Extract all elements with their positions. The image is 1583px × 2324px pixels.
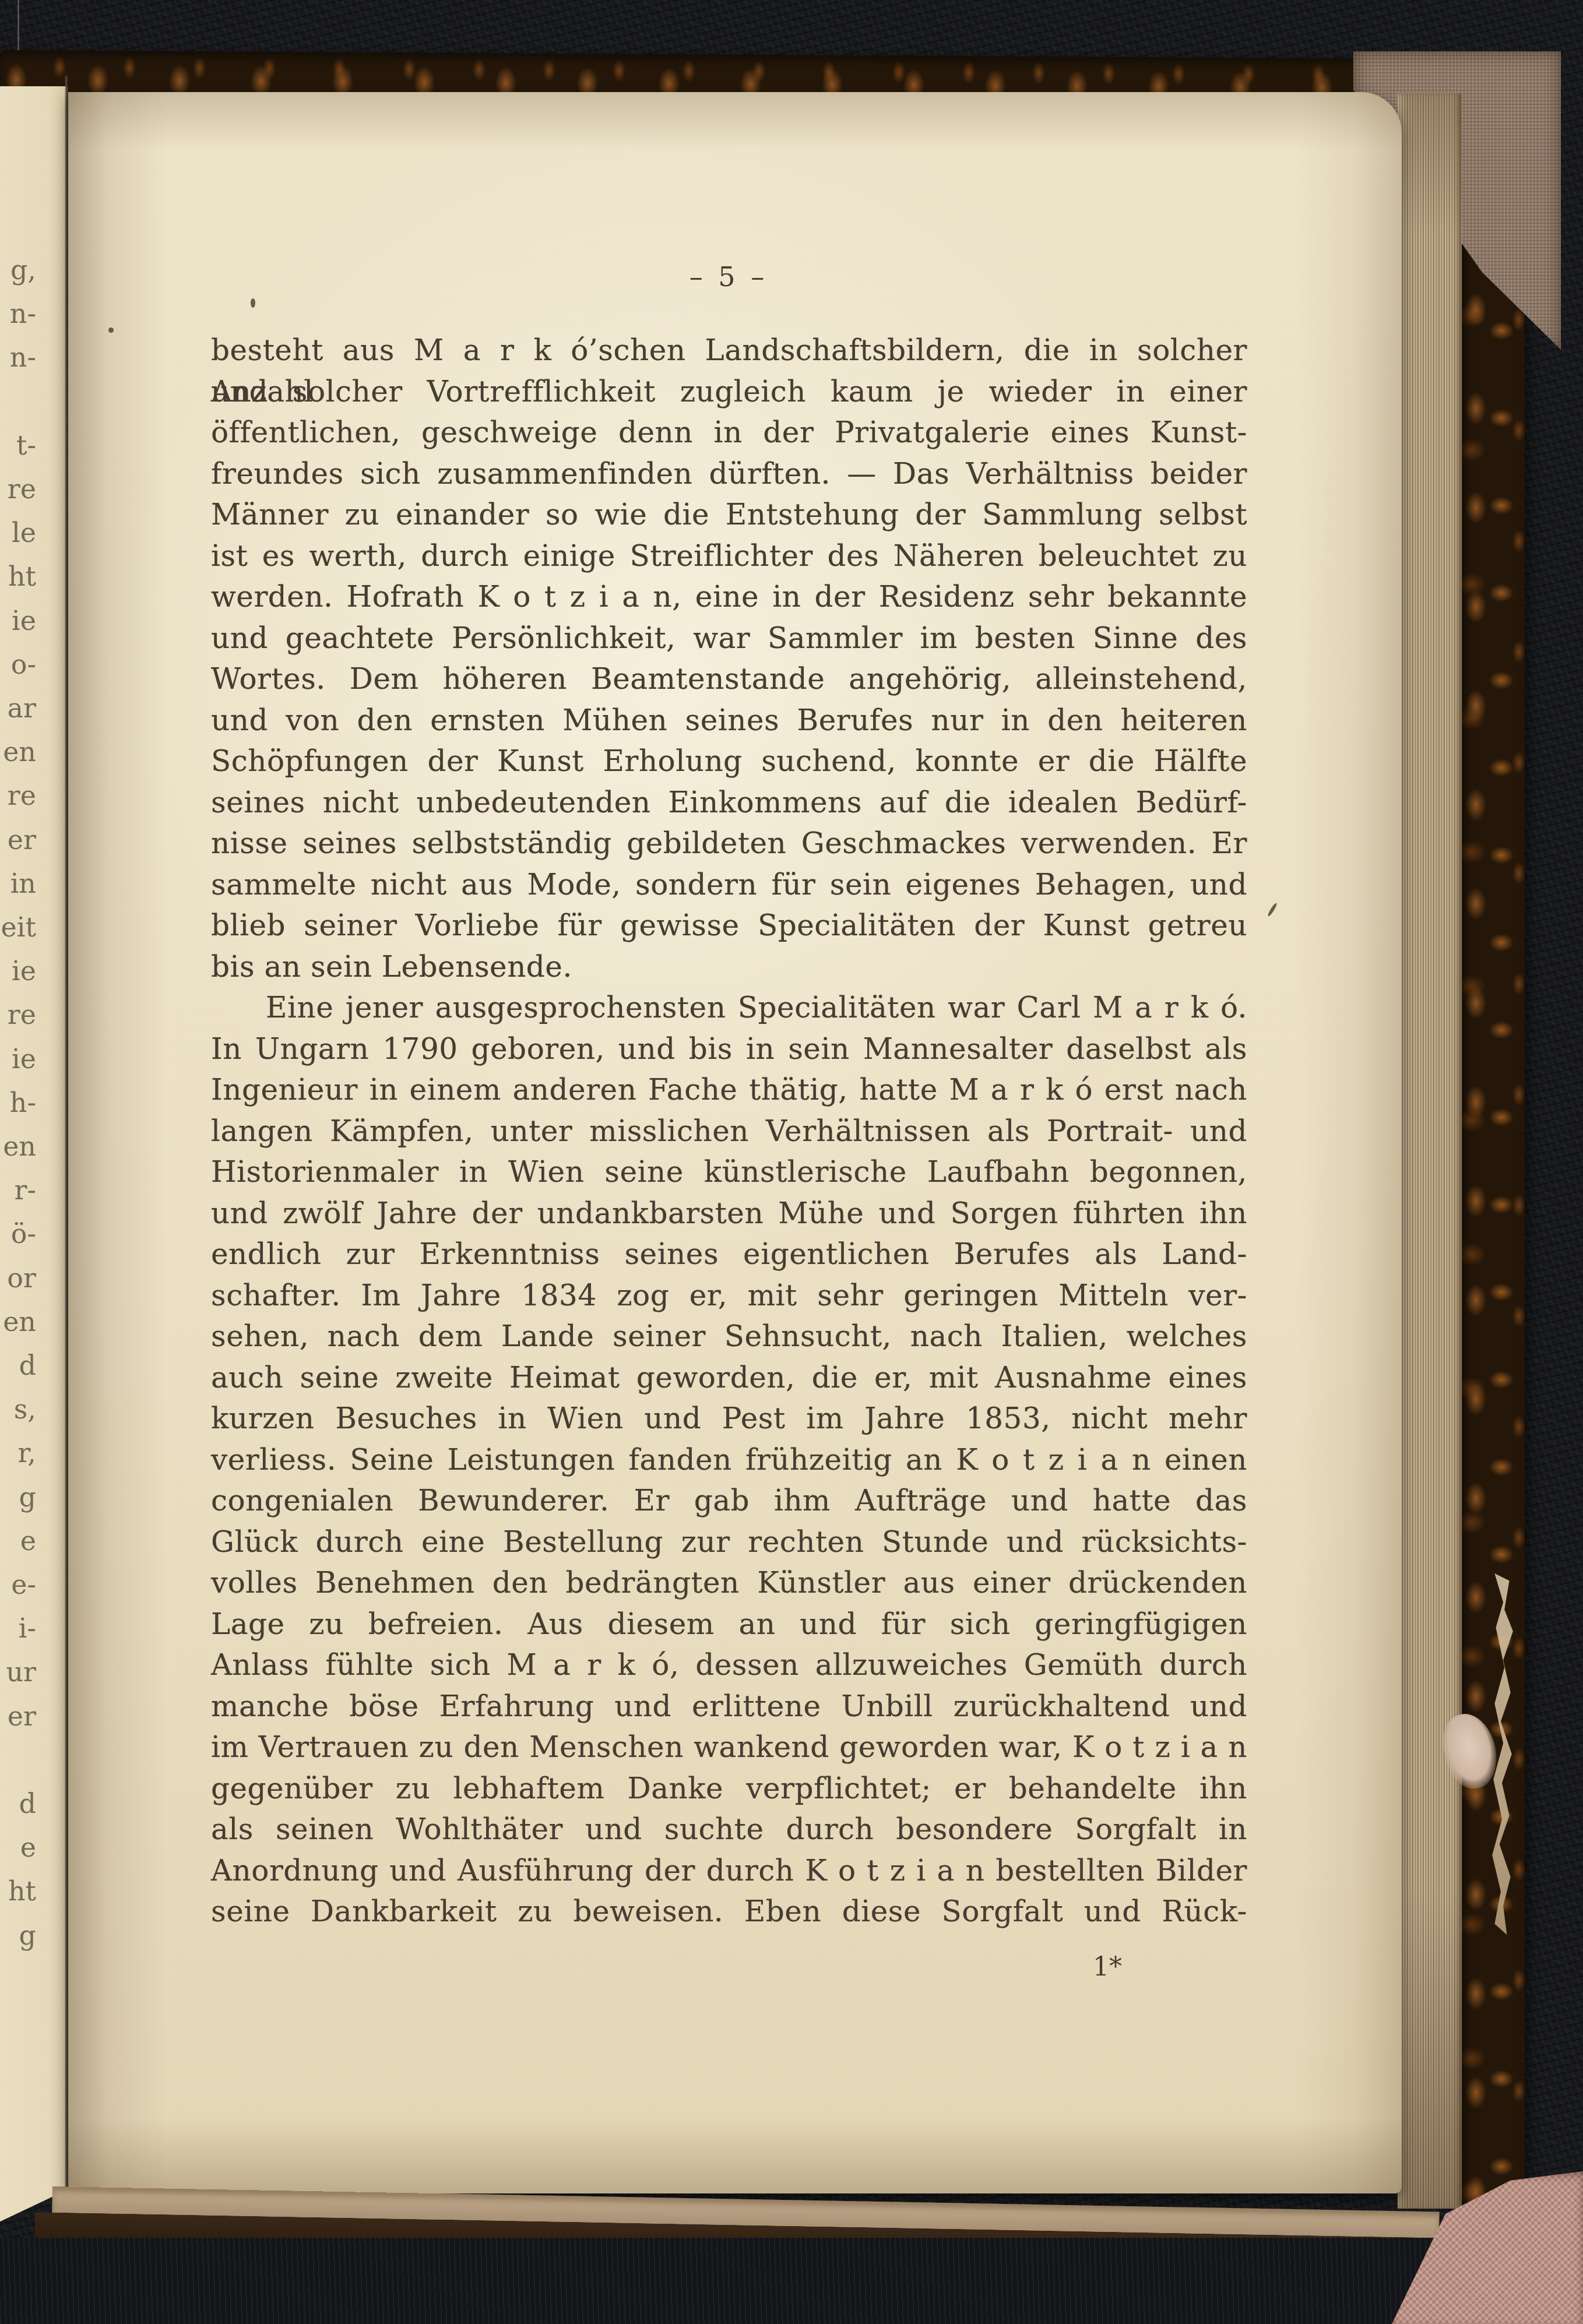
facing-page-fragment: ie: [0, 950, 36, 991]
facing-page-fragment: h-: [0, 1082, 36, 1123]
fragment-column: g,n-n-t-relehtieo-arenreerineitiereieh-e…: [0, 86, 68, 2224]
facing-page-fragment: r,: [0, 1432, 36, 1473]
text-line: Ingenieur in einem anderen Fache thätig,…: [211, 1069, 1247, 1111]
facing-page-fragment: g: [0, 1915, 36, 1956]
facing-page-fragment: s,: [0, 1389, 36, 1429]
ink-speck: [108, 328, 114, 333]
text-line: volles Benehmen den bedrängten Künstler …: [211, 1562, 1247, 1604]
facing-page-fragment: ht: [0, 1871, 36, 1911]
facing-page-fragment: or: [0, 1258, 36, 1298]
text-line: seines nicht unbedeutenden Einkommens au…: [211, 782, 1247, 823]
text-line: auch seine zweite Heimat geworden, die e…: [211, 1357, 1247, 1399]
text-line: kurzen Besuches in Wien und Pest im Jahr…: [211, 1398, 1247, 1439]
facing-page-fragment: re: [0, 994, 36, 1035]
text-line: und zwölf Jahre der undankbarsten Mühe u…: [211, 1193, 1247, 1234]
text-line: congenialen Bewunderer. Er gab ihm Auftr…: [211, 1480, 1247, 1522]
facing-page-fragment: er: [0, 819, 36, 860]
text-line: Glück durch eine Bestellung zur rechten …: [211, 1522, 1247, 1563]
facing-page-fragment: ur: [0, 1652, 36, 1692]
facing-page-sliver: g,n-n-t-relehtieo-arenreerineitiereieh-e…: [0, 86, 68, 2224]
text-line: bis an sein Lebensende.: [211, 946, 1247, 988]
text-line: Eine jener ausgesprochensten Specialität…: [211, 987, 1247, 1029]
facing-page-fragment: en: [0, 731, 36, 772]
facing-page-fragment: in: [0, 863, 36, 904]
facing-page-fragment: re: [0, 469, 36, 509]
facing-page-fragment: ar: [0, 688, 36, 728]
facing-page-fragment: g,: [0, 249, 36, 290]
page-block-fore-edge: [1398, 93, 1462, 2209]
text-line: öffentlichen, geschweige denn in der Pri…: [211, 412, 1247, 453]
text-line: und von den ernsten Mühen seines Berufes…: [211, 700, 1247, 741]
facing-page-fragment: o-: [0, 644, 36, 685]
book-scan-scene: g,n-n-t-relehtieo-arenreerineitiereieh-e…: [0, 0, 1583, 2324]
facing-page-fragment: eit: [0, 907, 36, 948]
text-line: sammelte nicht aus Mode, sondern für sei…: [211, 864, 1247, 906]
text-line: Männer zu einander so wie die Entstehung…: [211, 494, 1247, 536]
facing-page-fragment: d: [0, 1345, 36, 1386]
facing-page-fragment: t-: [0, 425, 36, 466]
facing-page-fragment: en: [0, 1126, 36, 1167]
facing-page-fragment: n-: [0, 293, 36, 334]
facing-page-fragment: i-: [0, 1608, 36, 1649]
facing-page-fragment: ö-: [0, 1213, 36, 1254]
table-surface-bottom: [0, 2238, 1583, 2324]
facing-page-fragment: n-: [0, 337, 36, 378]
text-line: Wortes. Dem höheren Beamtenstande angehö…: [211, 659, 1247, 700]
facing-page-fragment: e: [0, 1827, 36, 1868]
text-line: im Vertrauen zu den Menschen wankend gew…: [211, 1727, 1247, 1768]
ink-speck: [251, 298, 255, 308]
text-line: In Ungarn 1790 geboren, und bis in sein …: [211, 1029, 1247, 1070]
facing-page-fragment: ie: [0, 1038, 36, 1079]
facing-page-fragment: le: [0, 512, 36, 553]
text-line: blieb seiner Vorliebe für gewisse Specia…: [211, 905, 1247, 946]
text-line: Anlass fühlte sich M a r k ó, dessen all…: [211, 1645, 1247, 1686]
facing-page-fragment: r-: [0, 1170, 36, 1210]
text-line: nisse seines selbstständig gebildeten Ge…: [211, 823, 1247, 864]
facing-page-fragment: er: [0, 1696, 36, 1737]
text-line: werden. Hofrath K o t z i a n, eine in d…: [211, 576, 1247, 618]
text-line: besteht aus M a r k ó’schen Landschaftsb…: [211, 330, 1247, 371]
facing-page-fragment: en: [0, 1301, 36, 1342]
text-line: endlich zur Erkenntniss seines eigentlic…: [211, 1234, 1247, 1275]
text-column: besteht aus M a r k ó’schen Landschaftsb…: [211, 330, 1247, 1932]
facing-page-fragment: re: [0, 775, 36, 816]
facing-page-fragment: ie: [0, 600, 36, 641]
text-line: freundes sich zusammenfinden dürften. — …: [211, 453, 1247, 495]
text-line: Lage zu befreien. Aus diesem an und für …: [211, 1604, 1247, 1645]
text-line: verliess. Seine Leistungen fanden frühze…: [211, 1439, 1247, 1481]
text-line: ist es werth, durch einige Streiflichter…: [211, 536, 1247, 577]
page-number: – 5 –: [211, 261, 1246, 293]
text-line: langen Kämpfen, unter misslichen Verhält…: [211, 1111, 1247, 1152]
text-line: sehen, nach dem Lande seiner Sehnsucht, …: [211, 1316, 1247, 1357]
facing-page-fragment: ht: [0, 556, 36, 597]
text-line: seine Dankbarkeit zu beweisen. Eben dies…: [211, 1891, 1247, 1932]
text-line: manche böse Erfahrung und erlittene Unbi…: [211, 1686, 1247, 1727]
text-line: und geachtete Persönlichkeit, war Sammle…: [211, 618, 1247, 659]
signature-mark: 1*: [1043, 1952, 1172, 1982]
text-line: gegenüber zu lebhaftem Danke verpflichte…: [211, 1768, 1247, 1809]
text-line: Anordnung und Ausführung der durch K o t…: [211, 1850, 1247, 1892]
facing-page-fragment: d: [0, 1783, 36, 1824]
text-line: Historienmaler in Wien seine künstlerisc…: [211, 1152, 1247, 1193]
text-line: Schöpfungen der Kunst Erholung suchend, …: [211, 741, 1247, 782]
facing-page-fragment: e: [0, 1520, 36, 1561]
text-line: als seinen Wohlthäter und suchte durch b…: [211, 1809, 1247, 1850]
facing-page-fragment: e-: [0, 1564, 36, 1605]
book-cover-right-marbled-edge: [1459, 82, 1525, 2209]
facing-page-fragment: g: [0, 1477, 36, 1517]
text-line: schafter. Im Jahre 1834 zog er, mit sehr…: [211, 1275, 1247, 1316]
text-line: und solcher Vortrefflichkeit zugleich ka…: [211, 371, 1247, 413]
